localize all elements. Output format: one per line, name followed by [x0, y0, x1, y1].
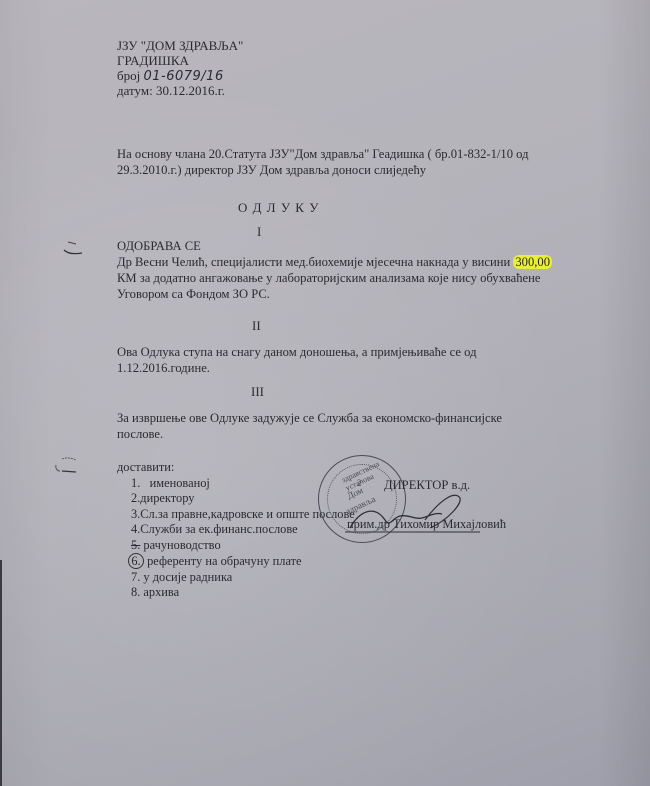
section-1-numeral: I: [257, 224, 261, 240]
pencil-mark-icon: [62, 238, 86, 260]
item-text: рачуноводство: [143, 538, 220, 552]
section-2-numeral: II: [252, 318, 261, 334]
item-text: архива: [143, 585, 179, 599]
document-number: број 01-6079/16: [117, 68, 224, 84]
list-item: 4.Служби за ек.финанс.послове: [117, 522, 355, 538]
list-item: 8. архива: [117, 585, 355, 601]
item-number: 2.: [131, 491, 140, 505]
section-1-line-3: Уговором са Фондом ЗО РС.: [117, 286, 270, 302]
list-item: 5. рачуноводство: [117, 538, 355, 554]
item-number: 7.: [131, 570, 140, 584]
section-3-numeral: III: [251, 384, 264, 400]
date-value: 30.12.2016.г.: [156, 83, 225, 98]
distribution-label: доставити:: [117, 460, 355, 476]
item-number: 5.: [131, 538, 140, 552]
item-number: 3.: [131, 507, 140, 521]
section-3-line-2: послове.: [117, 426, 163, 442]
section-1-line-1: Др Весни Челић, специјалисти мед.биохеми…: [117, 254, 552, 270]
preamble-line-1: На основу члана 20.Статута ЈЗУ"Дом здрав…: [117, 146, 529, 162]
section-1-text: Др Весни Челић, специјалисти мед.биохеми…: [117, 255, 513, 269]
institution-name: ЈЗУ "ДОМ ЗДРАВЉА": [117, 38, 243, 53]
number-label: број: [117, 68, 140, 83]
item-text: референту на обрачуну плате: [147, 554, 301, 568]
item-text: у досије радника: [143, 570, 232, 584]
section-1-heading: ОДОБРАВА СЕ: [117, 238, 201, 254]
director-name: прим.др Тихомир Михајловић: [347, 517, 506, 532]
section-3-line-1: За извршење ове Одлуке задужује се Служб…: [117, 410, 502, 426]
section-2-line-1: Ова Одлука ступа на снагу даном доношења…: [117, 344, 477, 360]
list-item: 6. референту на обрачуну плате: [117, 553, 355, 570]
item-number: 8.: [131, 585, 140, 599]
circled-item-number: 6.: [128, 553, 144, 569]
section-1-line-2: КМ за додатно ангажовање у лабораторијск…: [117, 270, 540, 286]
section-2-line-2: 1.12.2016.године.: [117, 360, 210, 376]
list-item: 7. у досије радника: [117, 570, 355, 586]
paper-shading: [0, 0, 650, 786]
preamble-line-2: 29.3.2010.г.) директор ЈЗУ Дом здравља д…: [117, 162, 426, 178]
item-text: директору: [140, 491, 194, 505]
city-name: ГРАДИШКА: [117, 53, 189, 68]
pencil-mark-icon: [52, 455, 82, 479]
highlighted-amount: 300,00: [513, 255, 552, 269]
item-number: 4.: [131, 522, 140, 536]
number-value: 01-6079/16: [143, 69, 223, 84]
item-text: именованој: [150, 476, 210, 490]
item-number: 1.: [131, 476, 140, 490]
distribution-list: доставити: 1. именованој 2.директору 3.С…: [117, 460, 355, 601]
page-edge: [0, 560, 2, 786]
document-title: О Д Л У К У: [238, 200, 319, 216]
date-label: датум:: [117, 83, 153, 98]
document-date: датум: 30.12.2016.г.: [117, 83, 225, 98]
item-text: Служби за ек.финанс.послове: [140, 522, 297, 536]
